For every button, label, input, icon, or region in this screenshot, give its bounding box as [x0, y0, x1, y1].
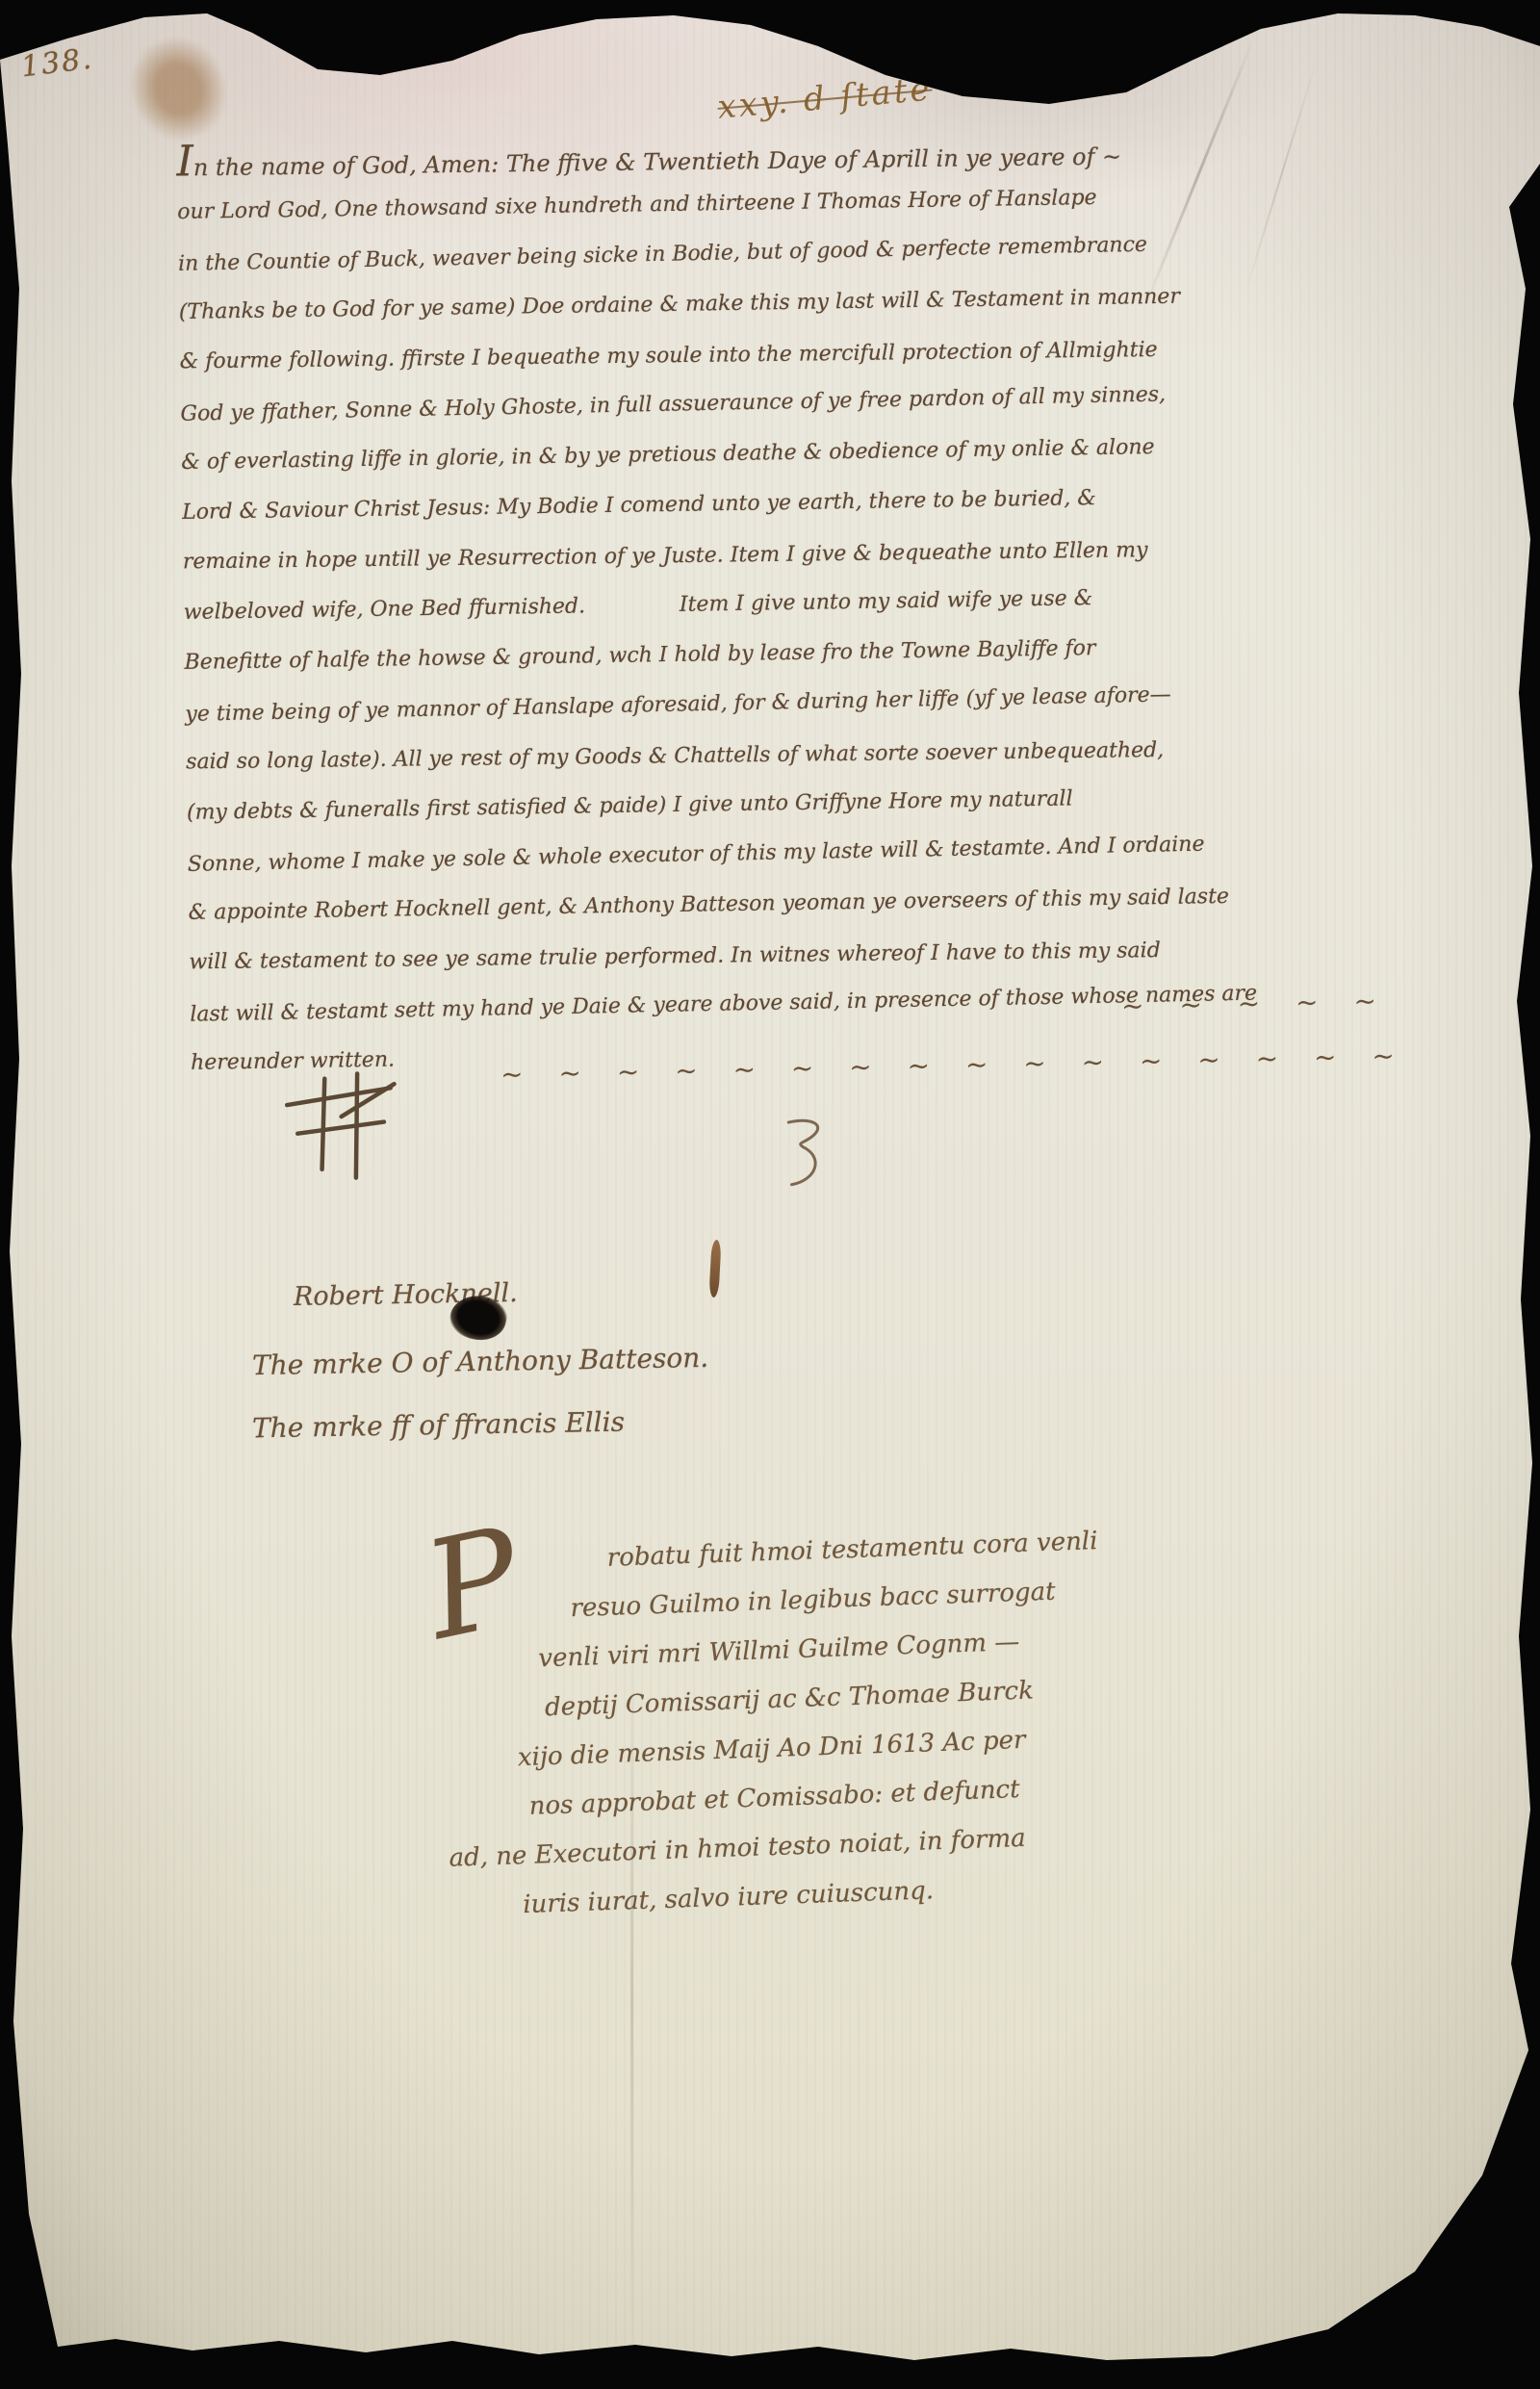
- will-text-block: In the name of God, Amen: The ffive & Tw…: [176, 124, 1038, 1089]
- manuscript-paper: 138. xxy. d ſtate In the name of God, Am…: [0, 0, 1540, 2389]
- will-line: remaine in hope untill ye Resurrection o…: [183, 527, 1031, 588]
- testator-mark-icon: [282, 1068, 406, 1183]
- pen-flourish-row: ~ ~ ~ ~ ~: [1121, 985, 1391, 1022]
- witness-mark-line: The mrke ff of ffrancis Ellis: [252, 1406, 625, 1445]
- pen-squiggle-flourish: [774, 1112, 835, 1194]
- will-line: In the name of God, Amen: The ffive & Tw…: [176, 127, 1024, 188]
- will-line: said so long laste). All ye rest of my G…: [186, 728, 1034, 788]
- probate-clause-block: P robatu fuit hmoi testamentu cora venli…: [438, 1519, 1048, 1932]
